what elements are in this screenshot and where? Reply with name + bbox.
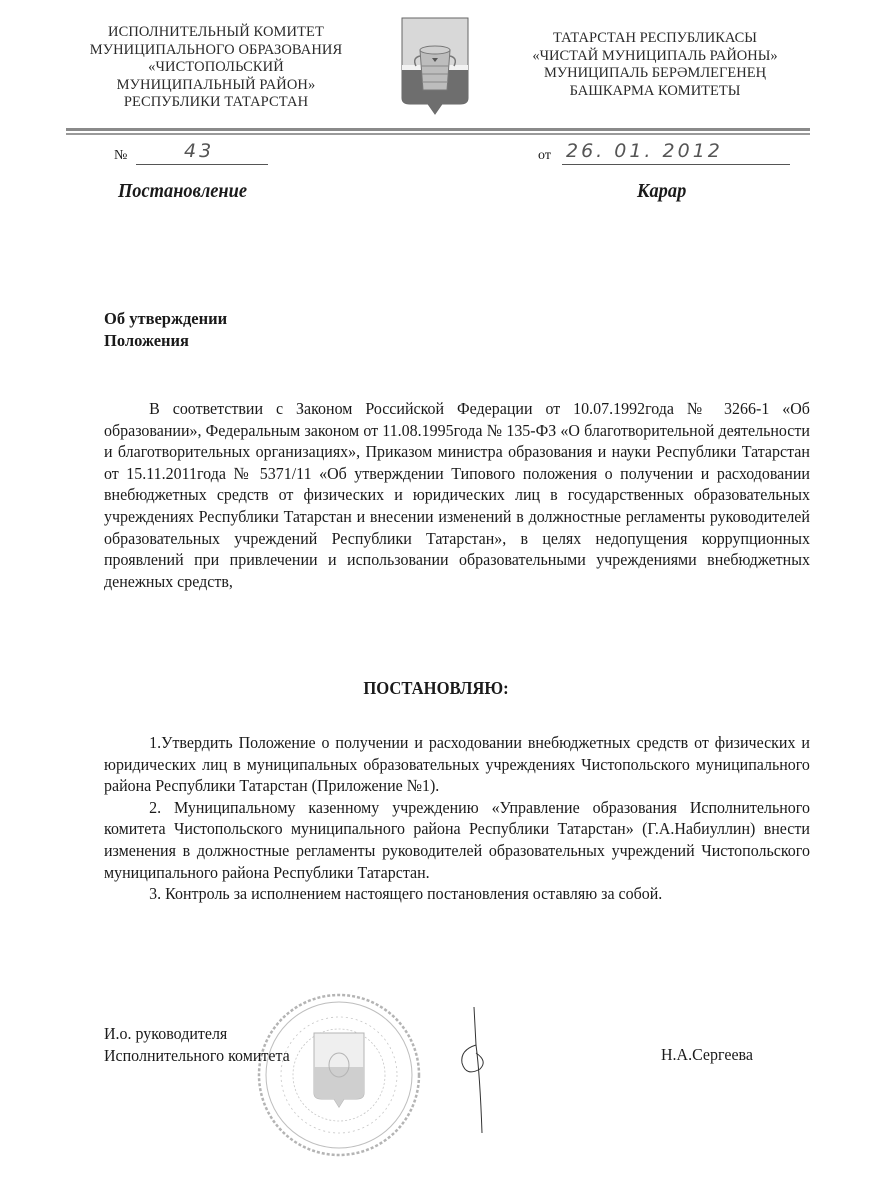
signatory-title-line: И.о. руководителя (104, 1023, 290, 1045)
decree-point: 2. Муниципальному казенному учреждению «… (104, 797, 810, 883)
number-label: № (114, 148, 127, 164)
header-left-block: ИСПОЛНИТЕЛЬНЫЙ КОМИТЕТ МУНИЦИПАЛЬНОГО ОБ… (66, 24, 366, 112)
header-divider (66, 133, 810, 135)
header-left-line: ИСПОЛНИТЕЛЬНЫЙ КОМИТЕТ (66, 24, 366, 42)
header-left-line: РЕСПУБЛИКИ ТАТАРСТАН (66, 94, 366, 112)
date-field: 26. 01. 2012 (562, 142, 790, 165)
signatory-title: И.о. руководителя Исполнительного комите… (104, 1023, 290, 1066)
header-left-line: МУНИЦИПАЛЬНОГО ОБРАЗОВАНИЯ (66, 42, 366, 60)
number-field: 43 (136, 142, 268, 165)
signatory-name: Н.А.Сергеева (661, 1045, 753, 1065)
preamble-text: В соответствии с Законом Российской Феде… (104, 398, 810, 592)
decree-point: 1.Утвердить Положение о получении и расх… (104, 732, 810, 797)
number-value: 43 (184, 140, 214, 162)
official-seal-icon (254, 993, 424, 1158)
doc-type-tatar: Карар (637, 180, 686, 203)
doc-type-russian: Постановление (118, 180, 247, 203)
header-right-line: ТАТАРСТАН РЕСПУБЛИКАСЫ (510, 30, 800, 48)
handwritten-signature-icon (458, 1005, 498, 1135)
decree-points: 1.Утвердить Положение о получении и расх… (104, 732, 810, 905)
preamble: В соответствии с Законом Российской Феде… (104, 398, 810, 592)
header-left-line: «ЧИСТОПОЛЬСКИЙ (66, 59, 366, 77)
header-right-line: «ЧИСТАЙ МУНИЦИПАЛЬ РАЙОНЫ» (510, 48, 800, 66)
coat-of-arms-icon (390, 10, 480, 120)
subject-line: Положения (104, 330, 227, 352)
document-subject: Об утверждении Положения (104, 308, 227, 352)
date-value: 26. 01. 2012 (566, 140, 723, 162)
decree-heading: ПОСТАНОВЛЯЮ: (22, 678, 850, 699)
subject-line: Об утверждении (104, 308, 227, 330)
header-right-line: БАШКАРМА КОМИТЕТЫ (510, 83, 800, 101)
header-right-block: ТАТАРСТАН РЕСПУБЛИКАСЫ «ЧИСТАЙ МУНИЦИПАЛ… (510, 30, 800, 100)
signatory-title-line: Исполнительного комитета (104, 1045, 290, 1067)
header-divider (66, 128, 810, 131)
date-label: от (538, 148, 551, 164)
header-right-line: МУНИЦИПАЛЬ БЕРӘМЛЕГЕНЕҢ (510, 65, 800, 83)
decree-point: 3. Контроль за исполнением настоящего по… (104, 883, 810, 905)
header-left-line: МУНИЦИПАЛЬНЫЙ РАЙОН» (66, 77, 366, 95)
